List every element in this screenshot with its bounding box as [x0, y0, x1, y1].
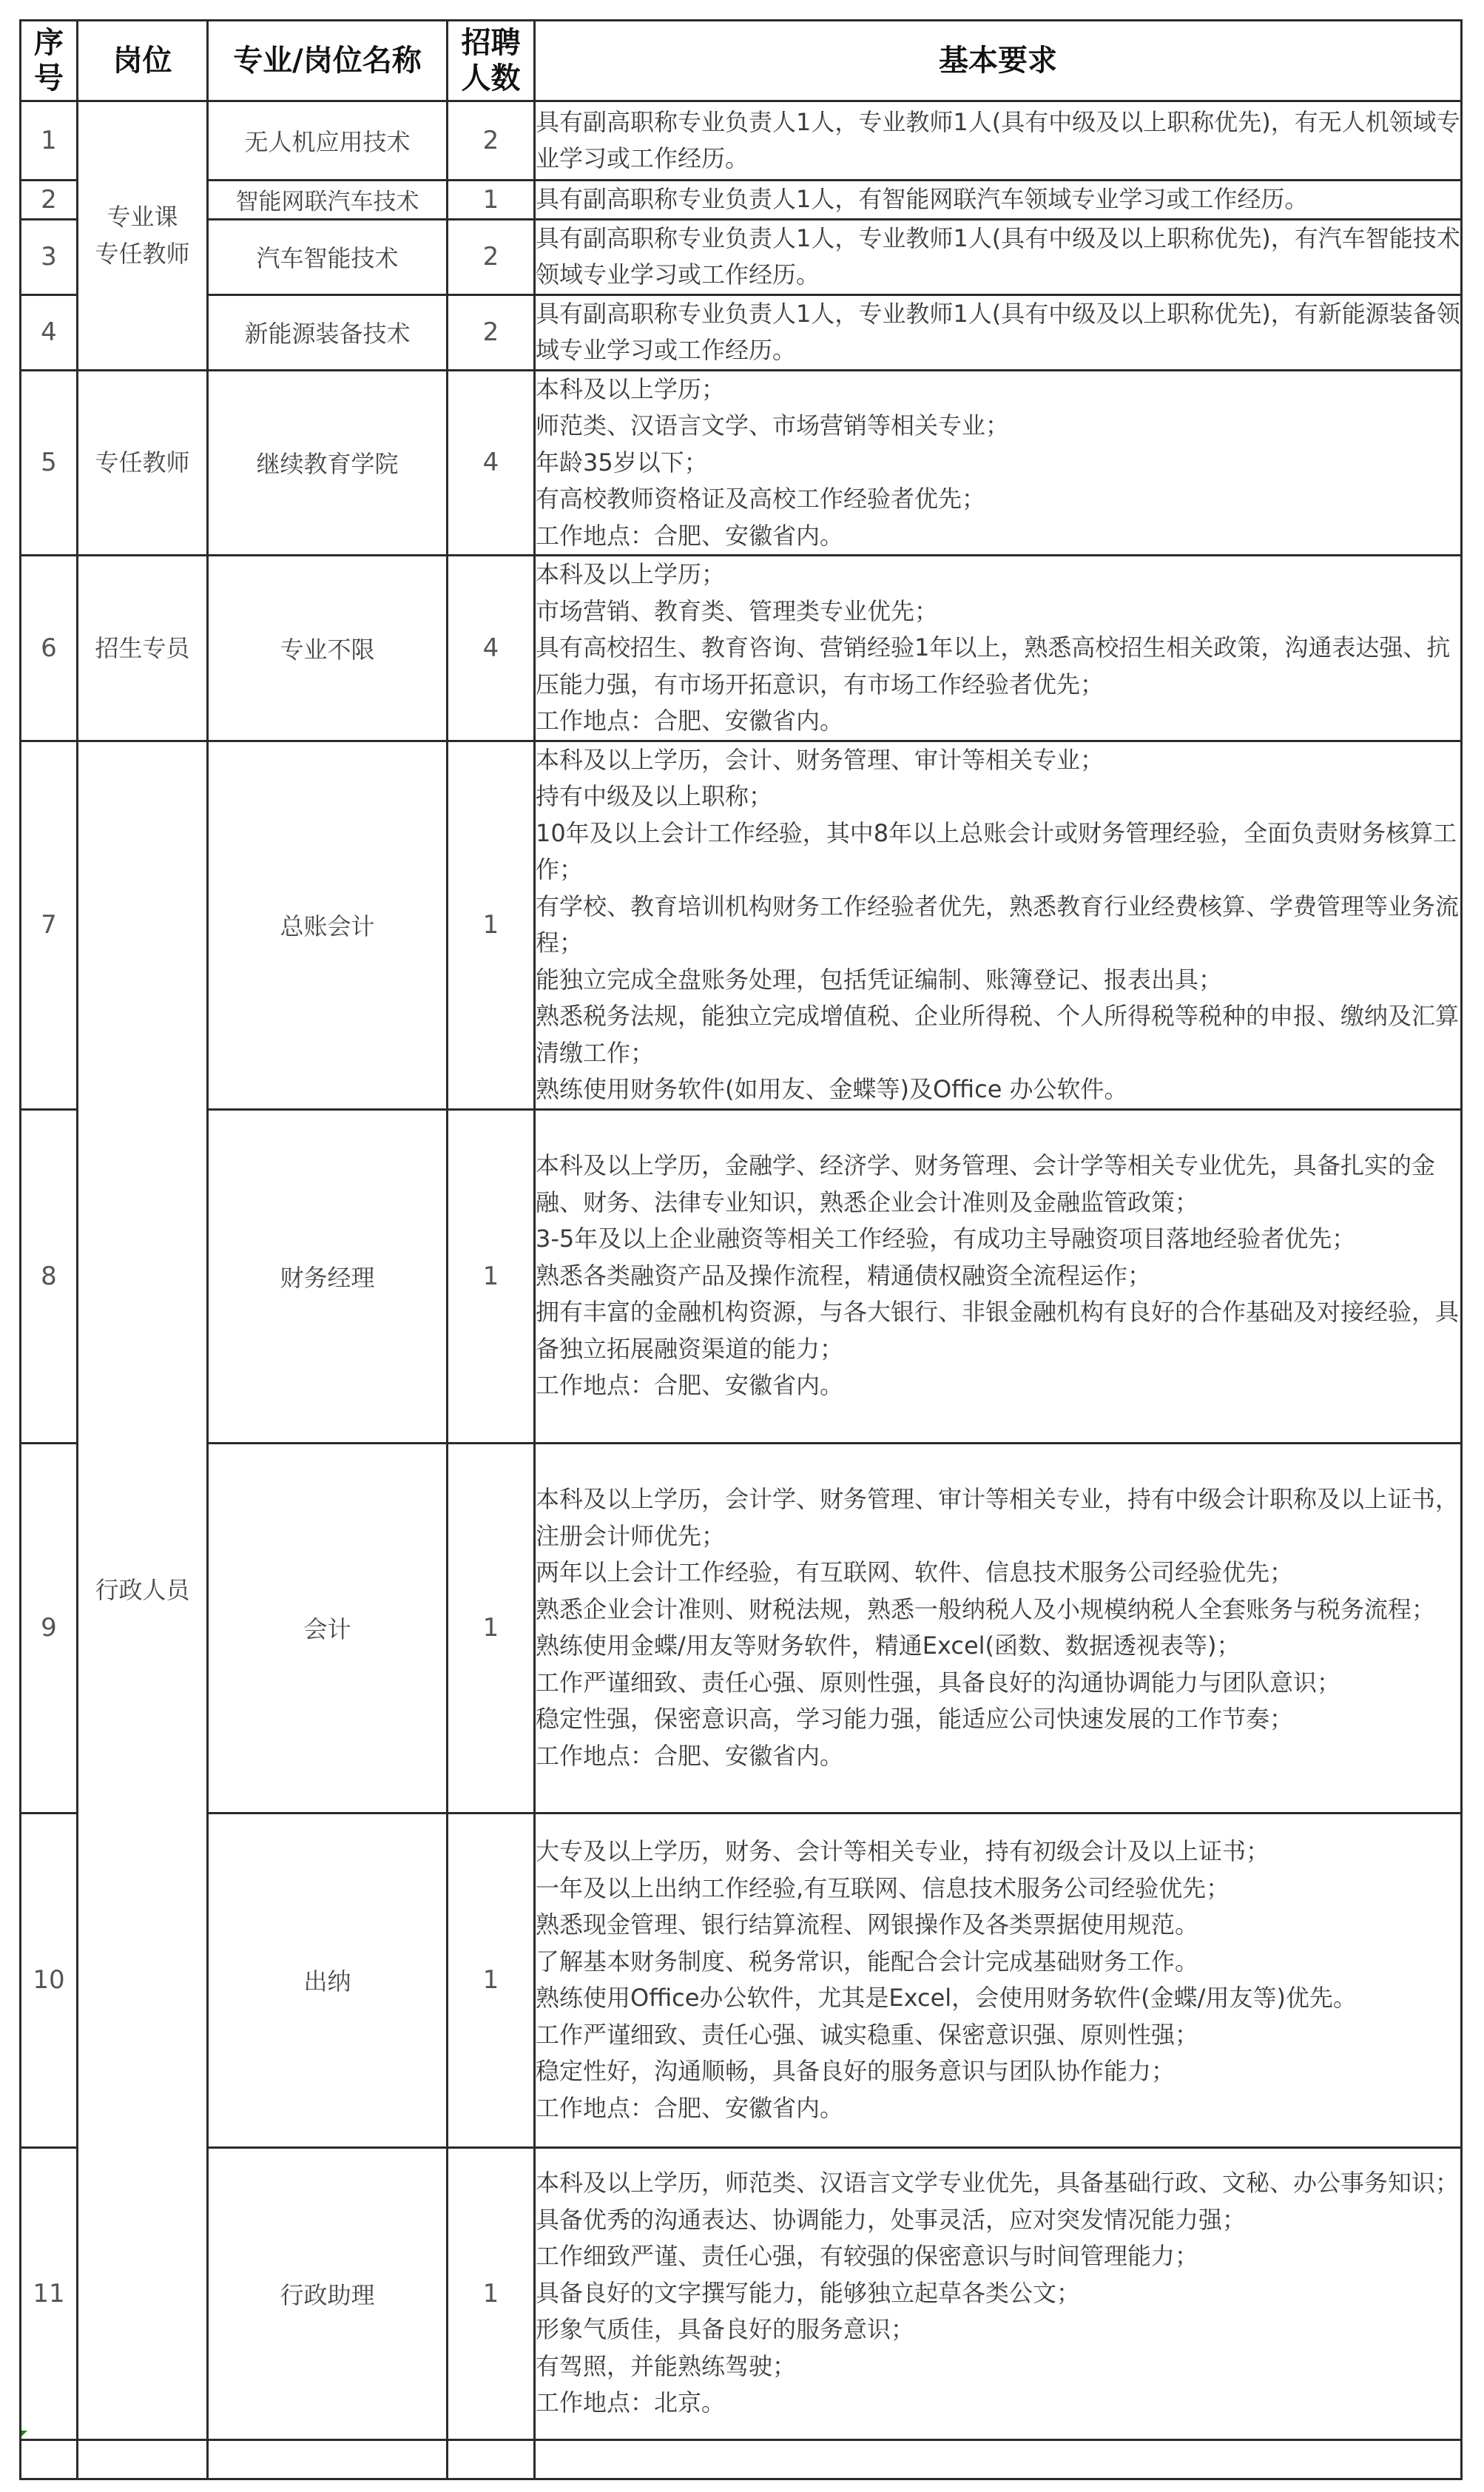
seq-cell: 9 — [21, 1443, 78, 1813]
seq-cell: 2 — [21, 181, 78, 220]
recruitment-table: 序 号 岗位 专业/岗位名称 招聘 人数 基本要求 1 专业课 专任教师 无人机… — [19, 19, 1463, 2480]
header-seq-line2: 号 — [21, 61, 76, 96]
header-major: 专业/岗位名称 — [208, 21, 448, 101]
table-row: 10 出纳 1 大专及以上学历，财务、会计等相关专业，持有初级会计及以上证书； … — [21, 1813, 1462, 2147]
requirement-line: 本科及以上学历，会计学、财务管理、审计等相关专业，持有中级会计职称及以上证书，注… — [536, 1481, 1460, 1555]
requirement-line: 市场营销、教育类、管理类专业优先； — [536, 593, 1460, 630]
seq-cell: 7 — [21, 741, 78, 1109]
header-count-line1: 招聘 — [448, 25, 533, 61]
requirements-cell: 本科及以上学历，金融学、经济学、财务管理、会计学等相关专业优先，具备扎实的金融、… — [535, 1109, 1462, 1443]
requirements-cell: 本科及以上学历，师范类、汉语言文学专业优先，具备基础行政、文秘、办公事务知识； … — [535, 2147, 1462, 2439]
count-cell: 1 — [448, 1109, 535, 1443]
requirement-line: 拥有丰富的金融机构资源，与各大银行、非银金融机构有良好的合作基础及对接经验，具备… — [536, 1294, 1460, 1367]
seq-cell: 5 — [21, 370, 78, 556]
requirements-cell: 具有副高职称专业负责人1人，专业教师1人(具有中级及以上职称优先)，有无人机领域… — [535, 101, 1462, 181]
header-requirements: 基本要求 — [535, 21, 1462, 101]
requirements-cell: 本科及以上学历，会计学、财务管理、审计等相关专业，持有中级会计职称及以上证书，注… — [535, 1443, 1462, 1813]
requirement-line: 一年及以上出纳工作经验,有互联网、信息技术服务公司经验优先； — [536, 1870, 1460, 1907]
requirements-cell: 具有副高职称专业负责人1人，有智能网联汽车领域专业学习或工作经历。 — [535, 181, 1462, 220]
major-cell: 继续教育学院 — [208, 370, 448, 556]
requirements-cell: 本科及以上学历，会计、财务管理、审计等相关专业； 持有中级及以上职称； 10年及… — [535, 741, 1462, 1109]
major-cell: 新能源装备技术 — [208, 294, 448, 370]
empty-cell[interactable] — [78, 2439, 208, 2479]
requirement-line: 工作地点：合肥、安徽省内。 — [536, 518, 1460, 555]
requirement-line: 稳定性好，沟通顺畅，具备良好的服务意识与团队协作能力； — [536, 2053, 1460, 2090]
position-cell-specialist-teacher: 专业课 专任教师 — [78, 101, 208, 371]
table-row: 1 专业课 专任教师 无人机应用技术 2 具有副高职称专业负责人1人，专业教师1… — [21, 101, 1462, 181]
major-cell: 行政助理 — [208, 2147, 448, 2439]
requirement-line: 具有副高职称专业负责人1人，专业教师1人(具有中级及以上职称优先)，有新能源装备… — [536, 296, 1460, 369]
seq-cell: 11 — [21, 2147, 78, 2439]
header-seq-line1: 序 — [21, 25, 76, 61]
requirement-line: 具有副高职称专业负责人1人，专业教师1人(具有中级及以上职称优先)，有汽车智能技… — [536, 220, 1460, 294]
table-row: 5 专任教师 继续教育学院 4 本科及以上学历； 师范类、汉语言文学、市场营销等… — [21, 370, 1462, 556]
requirement-line: 本科及以上学历，会计、财务管理、审计等相关专业； — [536, 742, 1460, 779]
table-row: 4 新能源装备技术 2 具有副高职称专业负责人1人，专业教师1人(具有中级及以上… — [21, 294, 1462, 370]
requirement-line: 具备良好的文字撰写能力，能够独立起草各类公文； — [536, 2275, 1460, 2312]
table-row: 6 招生专员 专业不限 4 本科及以上学历； 市场营销、教育类、管理类专业优先；… — [21, 556, 1462, 741]
position-cell-full-time-teacher: 专任教师 — [78, 370, 208, 556]
seq-cell: 3 — [21, 219, 78, 294]
major-cell: 会计 — [208, 1443, 448, 1813]
requirements-cell: 大专及以上学历，财务、会计等相关专业，持有初级会计及以上证书； 一年及以上出纳工… — [535, 1813, 1462, 2147]
requirement-line: 工作地点：合肥、安徽省内。 — [536, 703, 1460, 740]
table-row: 3 汽车智能技术 2 具有副高职称专业负责人1人，专业教师1人(具有中级及以上职… — [21, 219, 1462, 294]
position-cell-administrative-staff: 行政人员 — [78, 741, 208, 2439]
requirement-line: 年龄35岁以下； — [536, 445, 1460, 482]
position-line2: 专任教师 — [78, 235, 206, 272]
requirement-line: 10年及以上会计工作经验，其中8年以上总账会计或财务管理经验，全面负责财务核算工… — [536, 815, 1460, 889]
table-row: 2 智能网联汽车技术 1 具有副高职称专业负责人1人，有智能网联汽车领域专业学习… — [21, 181, 1462, 220]
requirement-line: 持有中级及以上职称； — [536, 778, 1460, 815]
requirement-line: 本科及以上学历； — [536, 556, 1460, 593]
table-row: 8 财务经理 1 本科及以上学历，金融学、经济学、财务管理、会计学等相关专业优先… — [21, 1109, 1462, 1443]
seq-cell: 1 — [21, 101, 78, 181]
position-cell-admissions-officer: 招生专员 — [78, 556, 208, 741]
empty-cell[interactable] — [448, 2439, 535, 2479]
requirement-line: 工作严谨细致、责任心强、诚实稳重、保密意识强、原则性强； — [536, 2017, 1460, 2054]
requirement-line: 具有高校招生、教育咨询、营销经验1年以上，熟悉高校招生相关政策，沟通表达强、抗压… — [536, 630, 1460, 703]
seq-cell: 4 — [21, 294, 78, 370]
requirement-line: 熟练使用Office办公软件，尤其是Excel，会使用财务软件(金蝶/用友等)优… — [536, 1980, 1460, 2017]
requirements-cell: 本科及以上学历； 市场营销、教育类、管理类专业优先； 具有高校招生、教育咨询、营… — [535, 556, 1462, 741]
seq-cell: 10 — [21, 1813, 78, 2147]
count-cell: 2 — [448, 219, 535, 294]
count-cell: 1 — [448, 181, 535, 220]
requirement-line: 工作地点：合肥、安徽省内。 — [536, 1367, 1460, 1404]
requirement-line: 具有副高职称专业负责人1人，专业教师1人(具有中级及以上职称优先)，有无人机领域… — [536, 104, 1460, 178]
requirement-line: 具有副高职称专业负责人1人，有智能网联汽车领域专业学习或工作经历。 — [536, 181, 1460, 218]
requirement-line: 本科及以上学历，师范类、汉语言文学专业优先，具备基础行政、文秘、办公事务知识； — [536, 2165, 1460, 2202]
header-position: 岗位 — [78, 21, 208, 101]
requirement-line: 本科及以上学历，金融学、经济学、财务管理、会计学等相关专业优先，具备扎实的金融、… — [536, 1148, 1460, 1221]
position-line1: 专业课 — [78, 198, 206, 235]
requirements-cell: 具有副高职称专业负责人1人，专业教师1人(具有中级及以上职称优先)，有新能源装备… — [535, 294, 1462, 370]
requirement-line: 有驾照，并能熟练驾驶； — [536, 2348, 1460, 2385]
cell-comment-marker-icon — [21, 2431, 27, 2437]
major-cell: 财务经理 — [208, 1109, 448, 1443]
requirement-line: 了解基本财务制度、税务常识，能配合会计完成基础财务工作。 — [536, 1944, 1460, 1981]
table-row: 9 会计 1 本科及以上学历，会计学、财务管理、审计等相关专业，持有中级会计职称… — [21, 1443, 1462, 1813]
count-cell: 4 — [448, 370, 535, 556]
major-cell: 专业不限 — [208, 556, 448, 741]
requirement-line: 熟悉各类融资产品及操作流程，精通债权融资全流程运作； — [536, 1258, 1460, 1295]
requirement-line: 工作地点：合肥、安徽省内。 — [536, 2090, 1460, 2127]
requirement-line: 熟悉企业会计准则、财税法规，熟悉一般纳税人及小规模纳税人全套账务与税务流程； — [536, 1592, 1460, 1629]
requirement-line: 具备优秀的沟通表达、协调能力，处事灵活，应对突发情况能力强； — [536, 2202, 1460, 2239]
requirements-cell: 具有副高职称专业负责人1人，专业教师1人(具有中级及以上职称优先)，有汽车智能技… — [535, 219, 1462, 294]
requirement-line: 熟练使用金蝶/用友等财务软件，精通Excel(函数、数据透视表等)； — [536, 1628, 1460, 1665]
empty-cell[interactable] — [535, 2439, 1462, 2479]
requirement-line: 师范类、汉语言文学、市场营销等相关专业； — [536, 408, 1460, 445]
requirement-line: 熟悉现金管理、银行结算流程、网银操作及各类票据使用规范。 — [536, 1907, 1460, 1944]
requirement-line: 稳定性强，保密意识高，学习能力强，能适应公司快速发展的工作节奏； — [536, 1701, 1460, 1738]
requirement-line: 形象气质佳，具备良好的服务意识； — [536, 2311, 1460, 2348]
count-cell: 1 — [448, 2147, 535, 2439]
seq-cell: 6 — [21, 556, 78, 741]
requirement-line: 工作严谨细致、责任心强、原则性强，具备良好的沟通协调能力与团队意识； — [536, 1665, 1460, 1702]
header-count: 招聘 人数 — [448, 21, 535, 101]
requirement-line: 能独立完成全盘账务处理，包括凭证编制、账簿登记、报表出具； — [536, 962, 1460, 999]
requirement-line: 有高校教师资格证及高校工作经验者优先； — [536, 481, 1460, 518]
count-cell: 1 — [448, 741, 535, 1109]
major-cell: 无人机应用技术 — [208, 101, 448, 181]
count-cell: 2 — [448, 101, 535, 181]
requirement-line: 本科及以上学历； — [536, 371, 1460, 408]
table-row: 7 行政人员 总账会计 1 本科及以上学历，会计、财务管理、审计等相关专业； 持… — [21, 741, 1462, 1109]
major-cell: 汽车智能技术 — [208, 219, 448, 294]
requirement-line: 工作地点：合肥、安徽省内。 — [536, 1738, 1460, 1775]
requirement-line: 两年以上会计工作经验，有互联网、软件、信息技术服务公司经验优先； — [536, 1555, 1460, 1592]
requirements-cell: 本科及以上学历； 师范类、汉语言文学、市场营销等相关专业； 年龄35岁以下； 有… — [535, 370, 1462, 556]
requirement-line: 熟练使用财务软件(如用友、金蝶等)及Office 办公软件。 — [536, 1071, 1460, 1108]
empty-cell[interactable] — [208, 2439, 448, 2479]
major-cell: 智能网联汽车技术 — [208, 181, 448, 220]
empty-grid-row — [21, 2439, 1462, 2479]
count-cell: 1 — [448, 1443, 535, 1813]
seq-cell: 8 — [21, 1109, 78, 1443]
table-row: 11 行政助理 1 本科及以上学历，师范类、汉语言文学专业优先，具备基础行政、文… — [21, 2147, 1462, 2439]
requirement-line: 有学校、教育培训机构财务工作经验者优先，熟悉教育行业经费核算、学费管理等业务流程… — [536, 889, 1460, 962]
empty-cell[interactable] — [21, 2439, 78, 2479]
count-cell: 2 — [448, 294, 535, 370]
requirement-line: 工作地点：北京。 — [536, 2385, 1460, 2422]
header-count-line2: 人数 — [448, 61, 533, 96]
major-cell: 出纳 — [208, 1813, 448, 2147]
requirement-line: 大专及以上学历，财务、会计等相关专业，持有初级会计及以上证书； — [536, 1833, 1460, 1870]
header-seq: 序 号 — [21, 21, 78, 101]
requirement-line: 工作细致严谨、责任心强，有较强的保密意识与时间管理能力； — [536, 2238, 1460, 2275]
requirement-line: 3-5年及以上企业融资等相关工作经验，有成功主导融资项目落地经验者优先； — [536, 1221, 1460, 1258]
count-cell: 4 — [448, 556, 535, 741]
header-row: 序 号 岗位 专业/岗位名称 招聘 人数 基本要求 — [21, 21, 1462, 101]
requirement-line: 熟悉税务法规，能独立完成增值税、企业所得税、个人所得税等税种的申报、缴纳及汇算清… — [536, 998, 1460, 1071]
major-cell: 总账会计 — [208, 741, 448, 1109]
count-cell: 1 — [448, 1813, 535, 2147]
